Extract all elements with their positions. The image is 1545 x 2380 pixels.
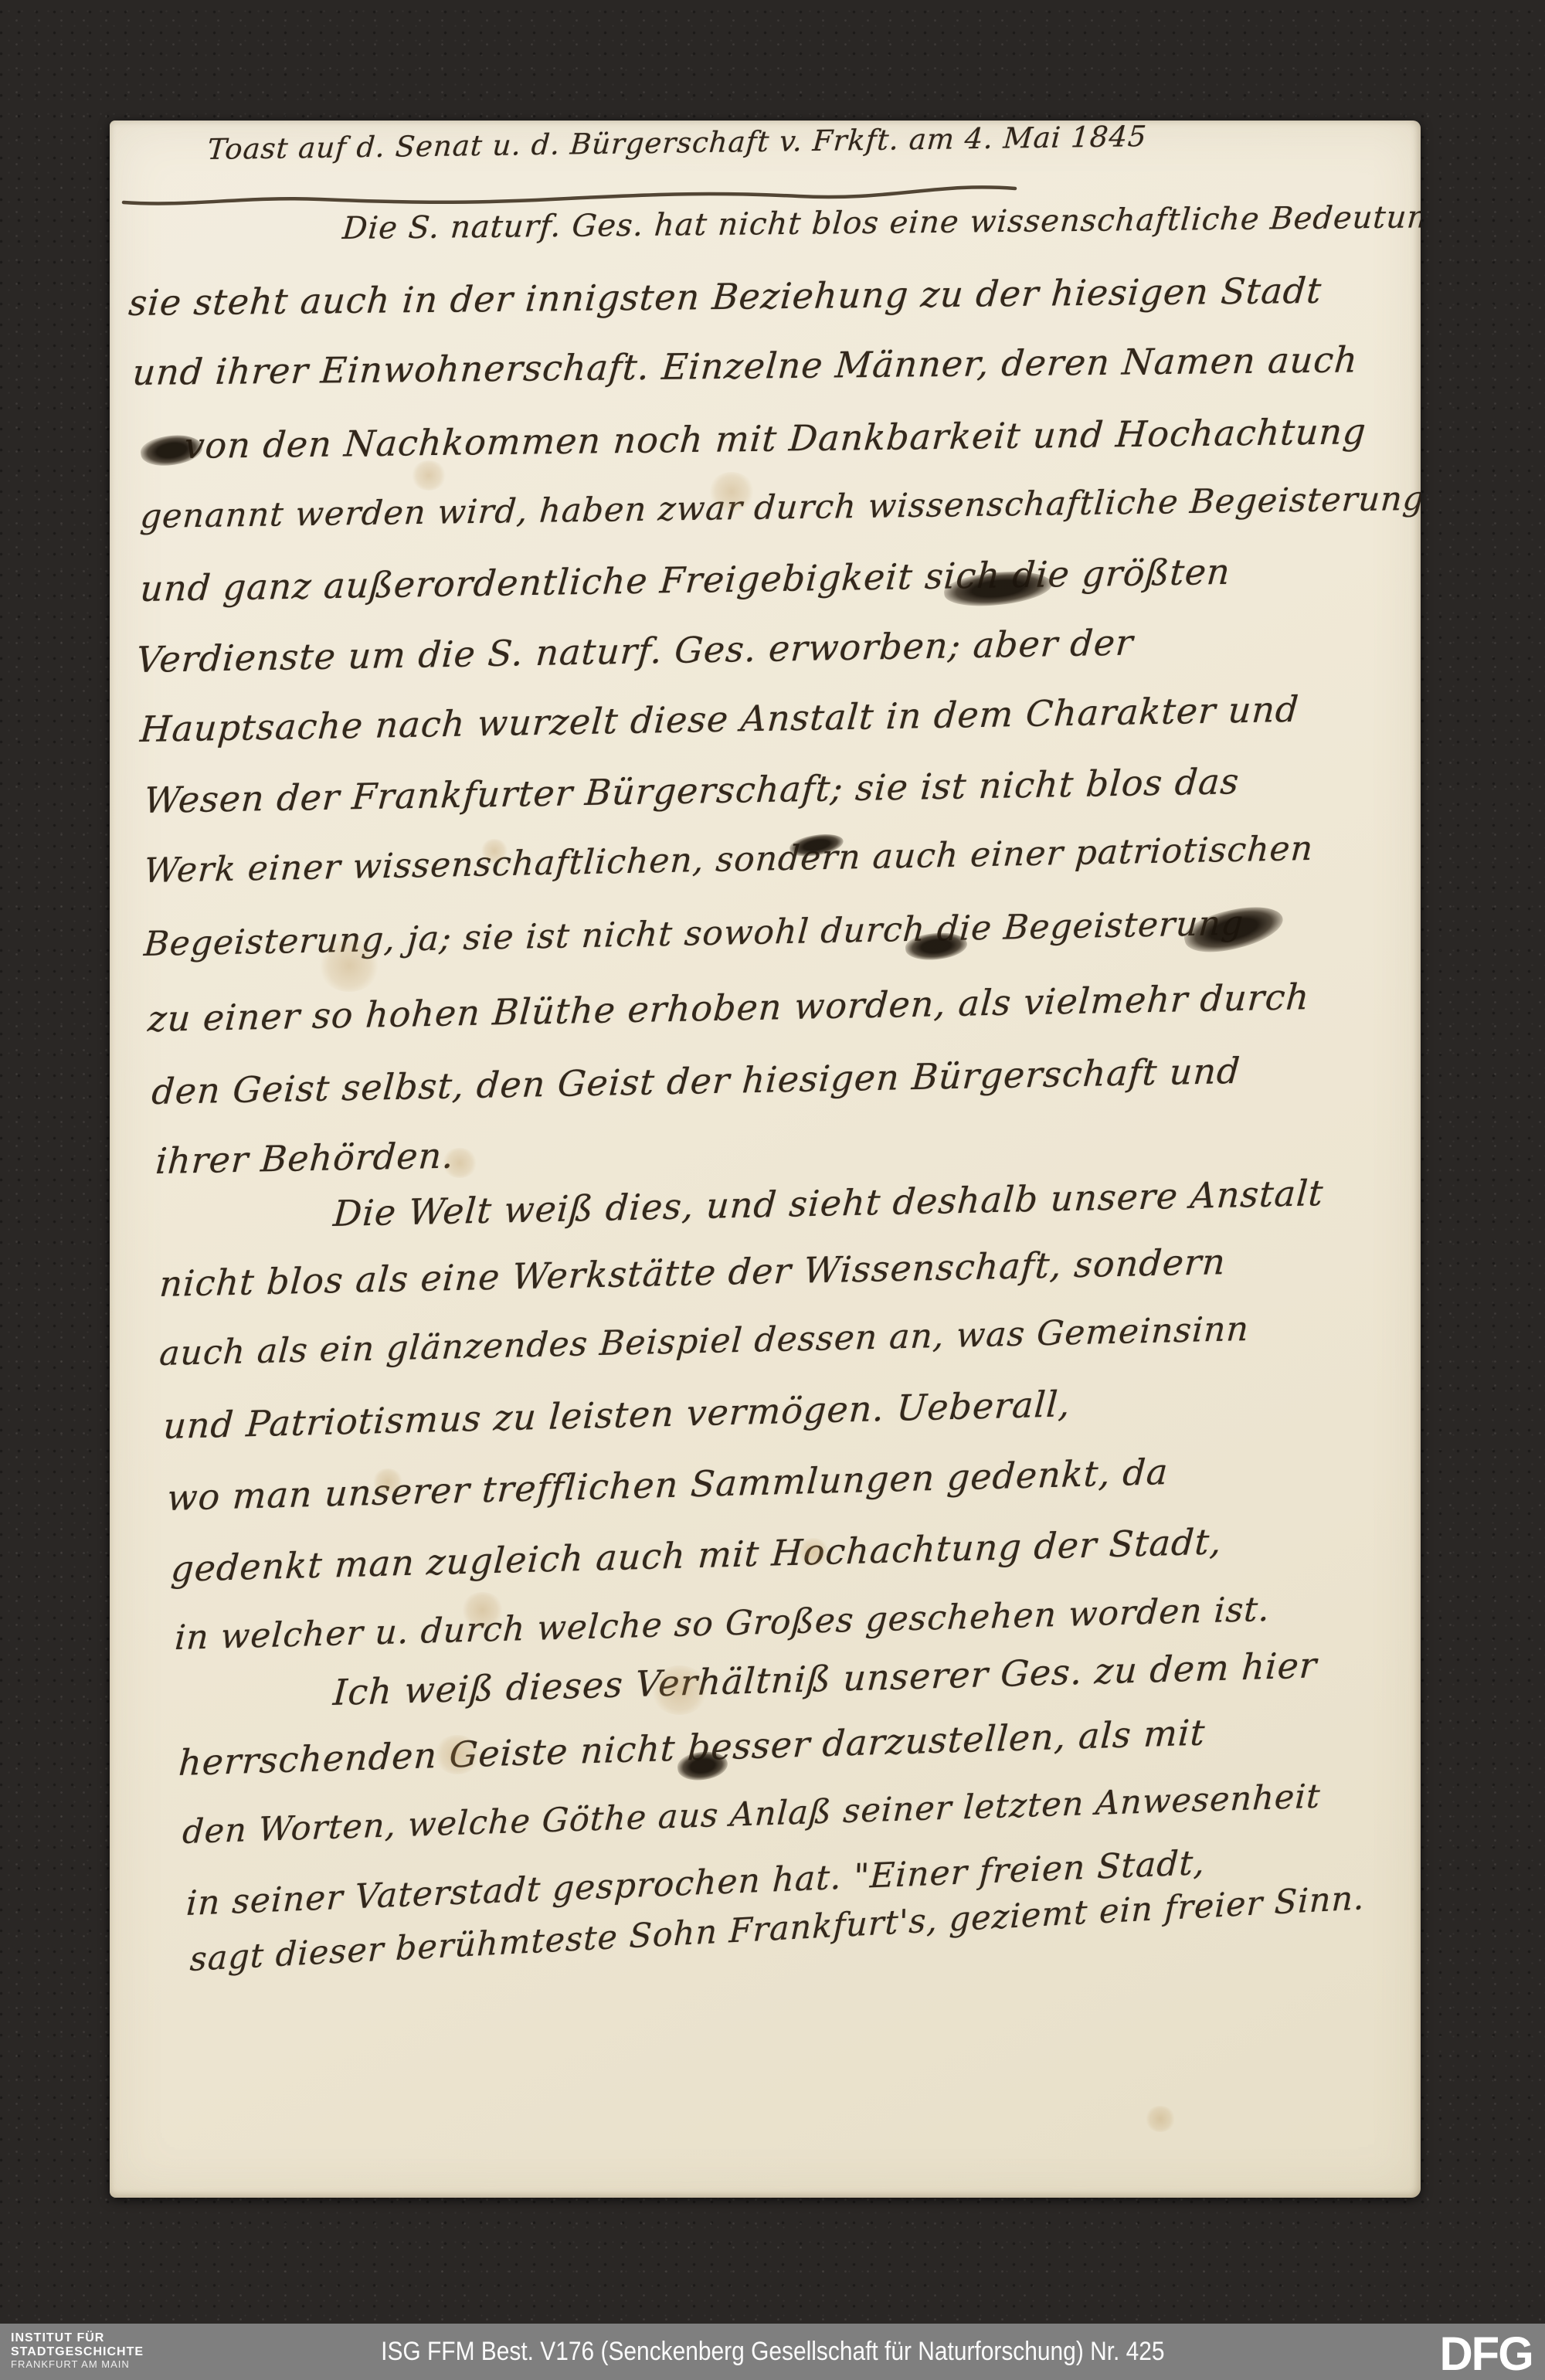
manuscript-line: den Geist selbst, den Geist der hiesigen… (151, 1053, 1241, 1109)
manuscript-line: den Worten, welche Göthe aus Anlaß seine… (182, 1781, 1322, 1849)
paper-stain (318, 939, 380, 992)
manuscript-line: und ganz außerordentliche Freigebigkeit … (139, 554, 1231, 606)
institute-logo-line3: FRANKFURT AM MAIN (11, 2359, 144, 2371)
manuscript-line: nicht blos als eine Werkstätte der Wisse… (158, 1244, 1227, 1302)
manuscript-line: sie steht auch in der innigsten Beziehun… (127, 273, 1323, 321)
paper-stain (650, 1665, 708, 1715)
paper-stain (797, 1538, 830, 1566)
manuscript-line: von den Nachkommen noch mit Dankbarkeit … (183, 413, 1367, 463)
paper-stain (461, 1592, 504, 1628)
manuscript-line: Hauptsache nach wurzelt diese Anstalt in… (139, 691, 1300, 747)
manuscript-line: Verdienste um die S. naturf. Ges. erworb… (135, 624, 1135, 677)
dfg-logo: DFG (1440, 2327, 1533, 2380)
paper-stain (372, 1468, 403, 1495)
manuscript-line: und Patriotismus zu leisten vermögen. Ue… (162, 1386, 1071, 1444)
manuscript-line: und ihrer Einwohnerschaft. Einzelne Männ… (131, 341, 1360, 390)
manuscript-line: genannt werden wird, haben zwar durch wi… (139, 483, 1421, 534)
institute-logo-line2: STADTGESCHICHTE (11, 2345, 144, 2359)
institute-logo-line1: INSTITUT FÜR (11, 2331, 144, 2345)
manuscript-line: ihrer Behörden. (154, 1138, 455, 1179)
paper-stain (442, 1148, 477, 1178)
manuscript-line: Begeisterung, ja; sie ist nicht sowohl d… (143, 907, 1245, 962)
paper-stain (411, 460, 447, 491)
manuscript-line: Wesen der Frankfurter Bürgerschaft; sie … (143, 763, 1241, 818)
institute-logo: INSTITUT FÜR STADTGESCHICHTE FRANKFURT A… (11, 2331, 144, 2370)
manuscript-line: auch als ein glänzendes Beispiel dessen … (158, 1312, 1250, 1371)
manuscript-page: Toast auf d. Senat u. d. Bürgerschaft v.… (110, 121, 1421, 2198)
manuscript-line: in welcher u. durch welche so Großes ges… (174, 1593, 1271, 1655)
archive-caption: ISG FFM Best. V176 (Senckenberg Gesellsc… (381, 2337, 1164, 2367)
manuscript-line: wo man unserer trefflichen Sammlungen ge… (166, 1454, 1170, 1516)
manuscript-line: gedenkt man zugleich auch mit Hochachtun… (170, 1523, 1223, 1587)
manuscript-line: Die Welt weiß dies, und sieht deshalb un… (332, 1175, 1325, 1231)
manuscript-line: Ich weiß dieses Verhältniß unserer Ges. … (332, 1647, 1318, 1710)
manuscript-title: Toast auf d. Senat u. d. Bürgerschaft v.… (206, 121, 1148, 166)
paper-stain (434, 1735, 480, 1774)
paper-stain (1145, 2106, 1176, 2132)
manuscript-line: zu einer so hohen Blüthe erhoben worden,… (147, 979, 1311, 1037)
manuscript-line: Werk einer wissenschaftlichen, sondern a… (143, 832, 1314, 888)
paper-stain (480, 839, 508, 863)
paper-stain (708, 472, 755, 511)
footer-bar: INSTITUT FÜR STADTGESCHICHTE FRANKFURT A… (0, 2324, 1545, 2380)
